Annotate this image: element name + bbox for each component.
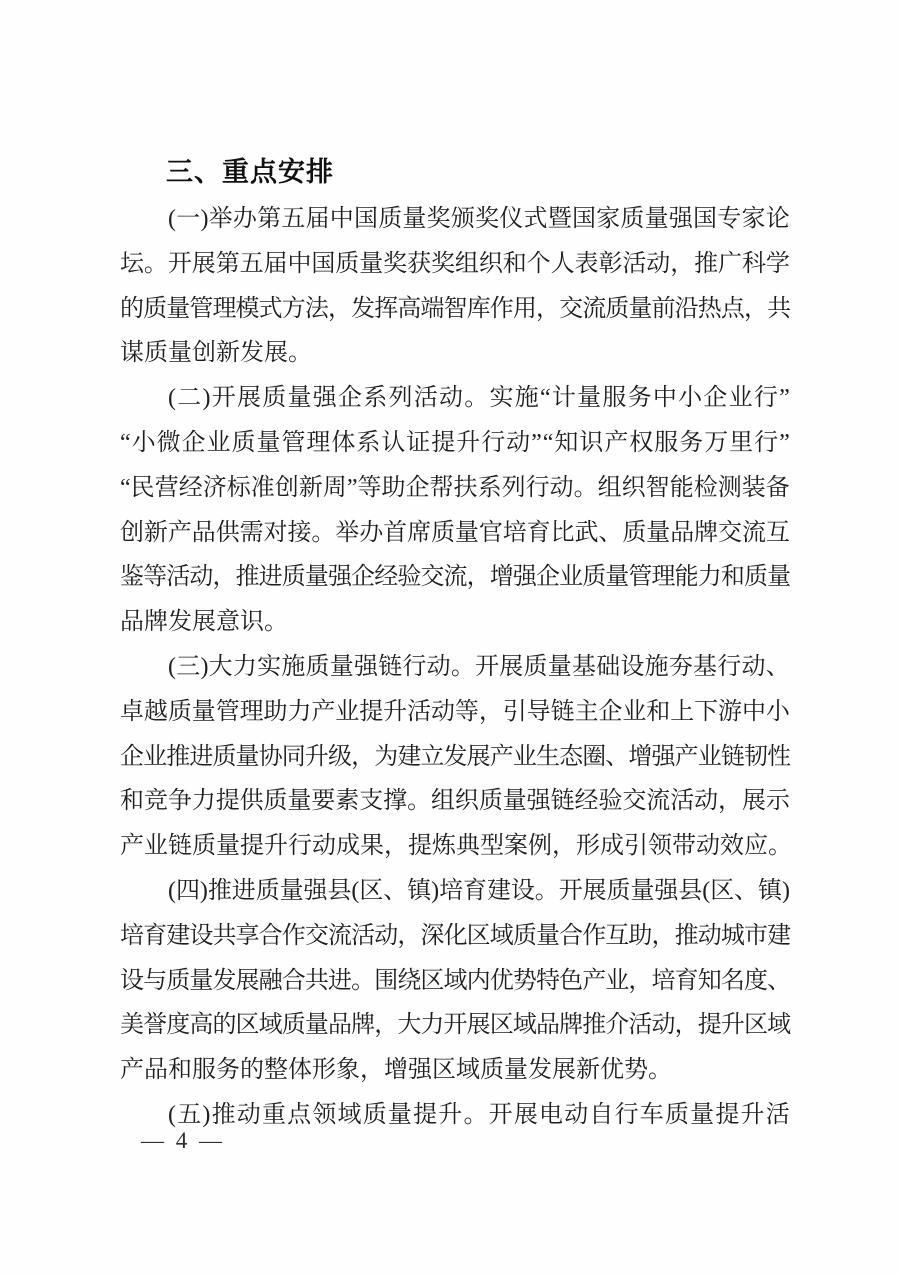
document-body: 三、重点安排 (一)举办第五届中国质量奖颁奖仪式暨国家质量强国专家论坛。开展第五… xyxy=(120,147,790,1138)
text-line: “民营经济标准创新周”等助企帮扶系列行动。组织智能检测装备 xyxy=(120,466,790,511)
section-heading: 三、重点安排 xyxy=(120,147,790,197)
text-line: 品牌发展意识。 xyxy=(120,600,790,645)
text-line: 卓越质量管理助力产业提升活动等，引导链主企业和上下游中小 xyxy=(120,690,790,735)
text-line: 创新产品供需对接。举办首席质量官培育比武、质量品牌交流互 xyxy=(120,511,790,556)
text-line: 产业链质量提升行动成果，提炼典型案例，形成引领带动效应。 xyxy=(120,824,790,869)
text-line: (三)大力实施质量强链行动。开展质量基础设施夯基行动、 xyxy=(120,645,790,690)
text-line: 设与质量发展融合共进。围绕区域内优势特色产业，培育知名度、 xyxy=(120,959,790,1004)
text-line: 和竞争力提供质量要素支撑。组织质量强链经验交流活动，展示 xyxy=(120,779,790,824)
text-line: (四)推进质量强县(区、镇)培育建设。开展质量强县(区、镇) xyxy=(120,869,790,914)
text-line: 谋质量创新发展。 xyxy=(120,331,790,376)
text-line: 产品和服务的整体形象，增强区域质量发展新优势。 xyxy=(120,1048,790,1093)
text-line: (二)开展质量强企系列活动。实施“计量服务中小企业行” xyxy=(120,376,790,421)
text-line: 企业推进质量协同升级，为建立发展产业生态圈、增强产业链韧性 xyxy=(120,735,790,780)
page-number: — 4 — xyxy=(141,1128,225,1154)
text-line: 坛。开展第五届中国质量奖获奖组织和个人表彰活动，推广科学 xyxy=(120,242,790,287)
paragraph-1: (一)举办第五届中国质量奖颁奖仪式暨国家质量强国专家论坛。开展第五届中国质量奖获… xyxy=(120,197,790,376)
text-line: “小微企业质量管理体系认证提升行动”“知识产权服务万里行” xyxy=(120,421,790,466)
document-page: 三、重点安排 (一)举办第五届中国质量奖颁奖仪式暨国家质量强国专家论坛。开展第五… xyxy=(0,0,900,1274)
text-line: 鉴等活动，推进质量强企经验交流，增强企业质量管理能力和质量 xyxy=(120,555,790,600)
paragraph-2: (二)开展质量强企系列活动。实施“计量服务中小企业行”“小微企业质量管理体系认证… xyxy=(120,376,790,645)
text-line: (一)举办第五届中国质量奖颁奖仪式暨国家质量强国专家论 xyxy=(120,197,790,242)
text-line: 美誉度高的区域质量品牌，大力开展区域品牌推介活动，提升区域 xyxy=(120,1003,790,1048)
paragraph-4: (四)推进质量强县(区、镇)培育建设。开展质量强县(区、镇)培育建设共享合作交流… xyxy=(120,869,790,1093)
paragraphs-container: (一)举办第五届中国质量奖颁奖仪式暨国家质量强国专家论坛。开展第五届中国质量奖获… xyxy=(120,197,790,1138)
text-line: 的质量管理模式方法，发挥高端智库作用，交流质量前沿热点，共 xyxy=(120,287,790,332)
text-line: 培育建设共享合作交流活动，深化区域质量合作互助，推动城市建 xyxy=(120,914,790,959)
paragraph-3: (三)大力实施质量强链行动。开展质量基础设施夯基行动、卓越质量管理助力产业提升活… xyxy=(120,645,790,869)
